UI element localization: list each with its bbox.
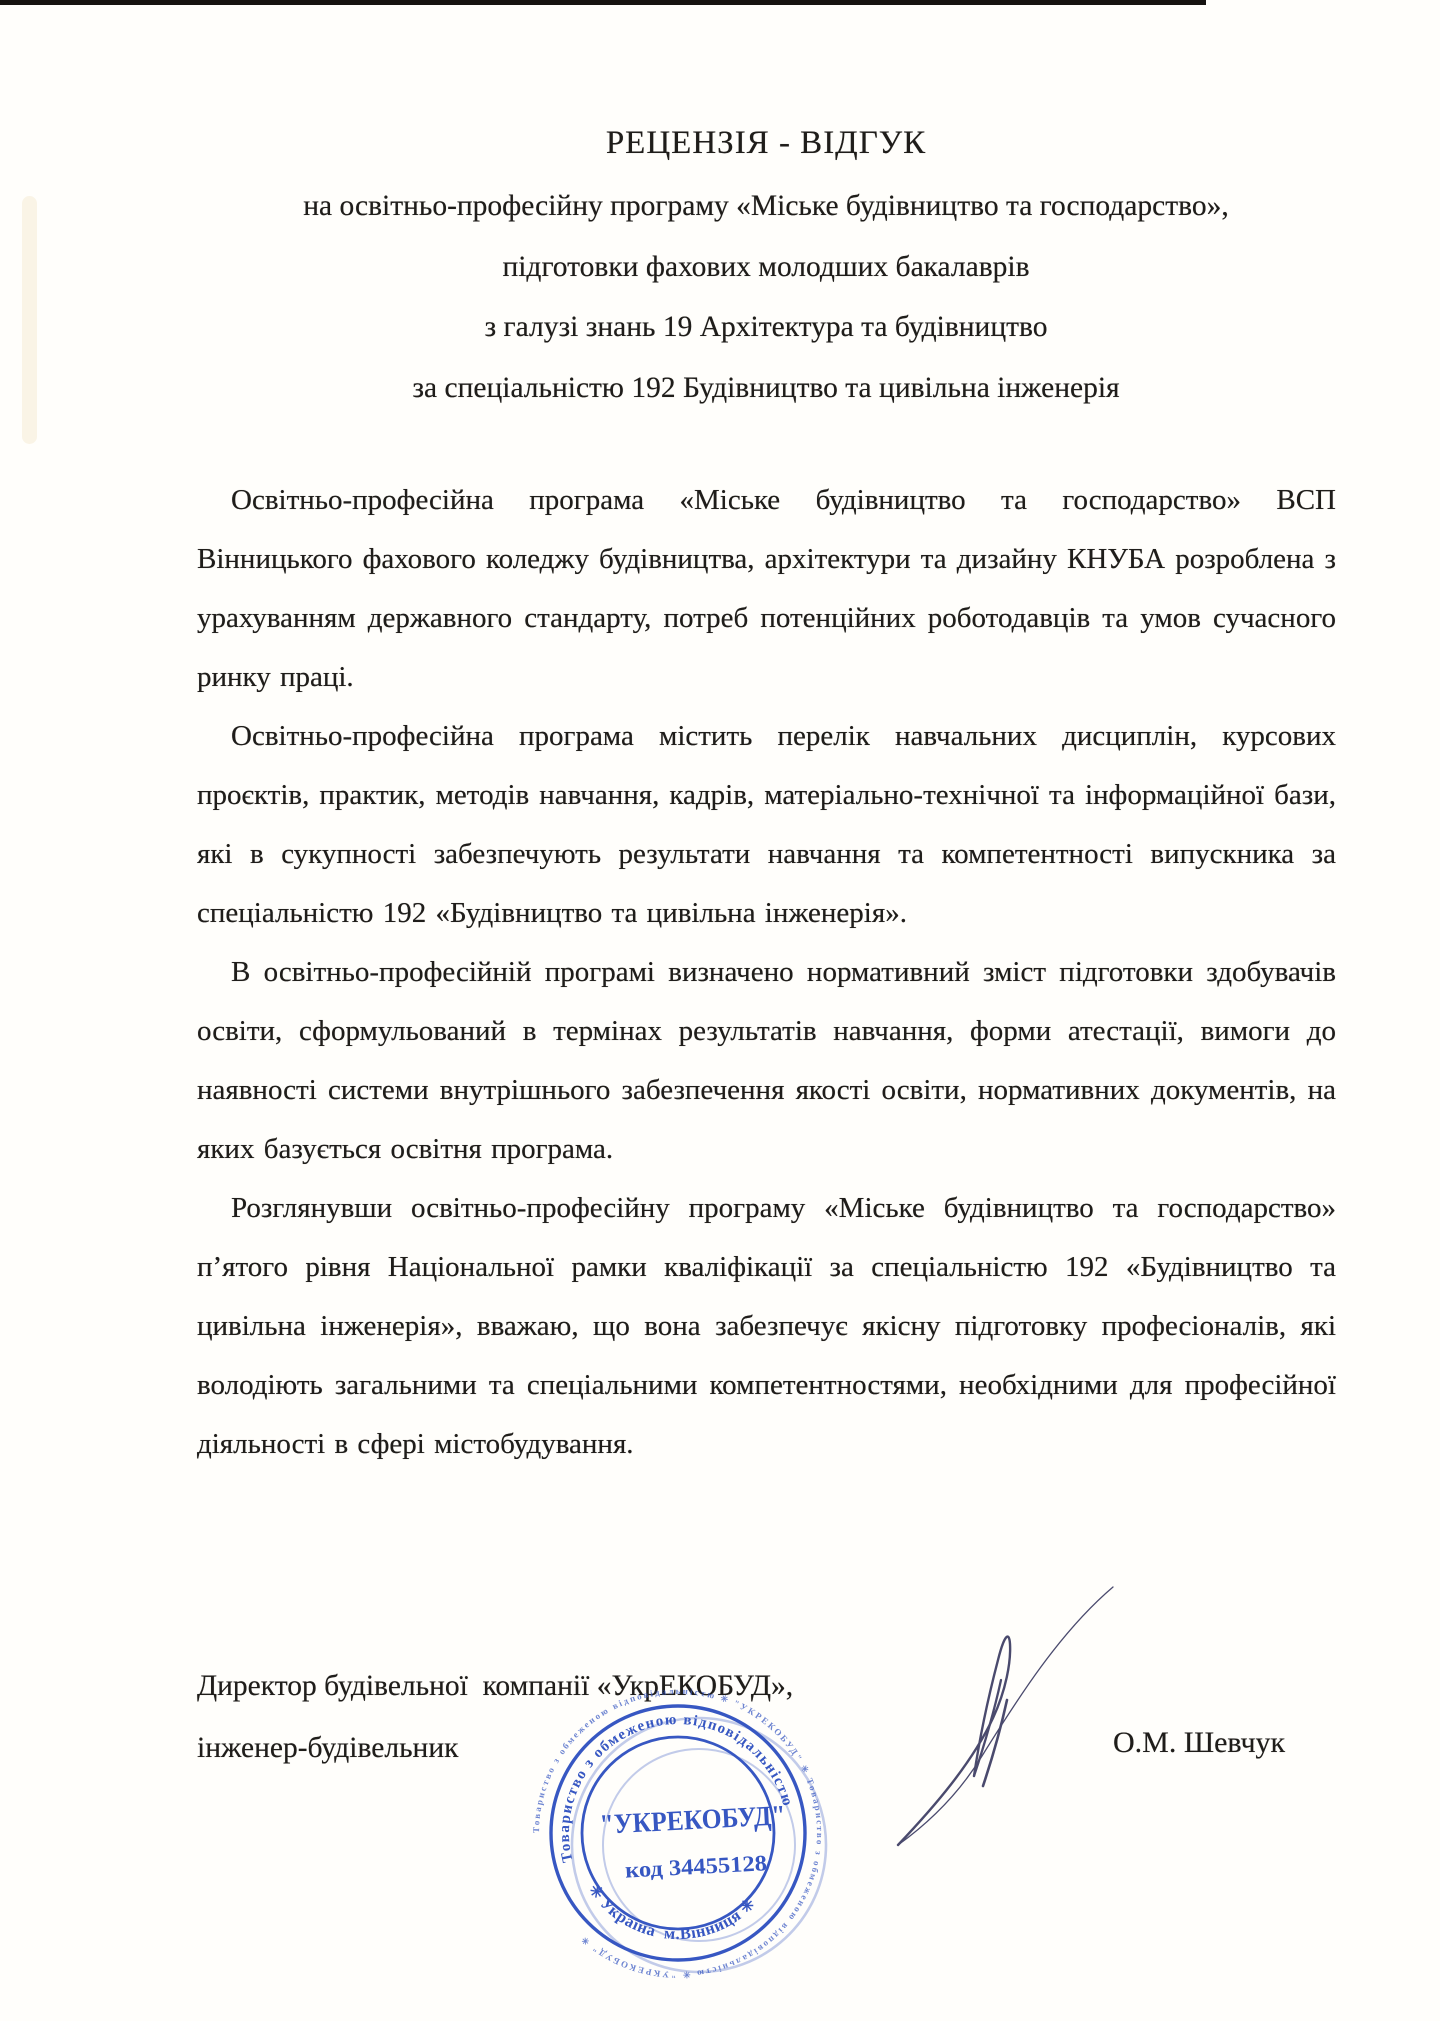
signoff-role-line-2: інженер-будівельник bbox=[197, 1732, 458, 1765]
body-paragraph-1: Освітньо-професійна програма «Міське буд… bbox=[197, 471, 1336, 707]
body-paragraph-2: Освітньо-професійна програма містить пер… bbox=[197, 707, 1336, 943]
scan-artifact-left-streak bbox=[22, 196, 37, 444]
subtitle-line-1: на освітньо-професійну програму «Міське … bbox=[197, 176, 1335, 237]
document-subtitle: на освітньо-професійну програму «Міське … bbox=[197, 176, 1335, 418]
signature-stroke-loop bbox=[898, 1637, 1010, 1845]
document-body: Освітньо-професійна програма «Міське буд… bbox=[197, 471, 1336, 1474]
subtitle-line-4: за спеціальністю 192 Будівництво та циві… bbox=[197, 358, 1335, 419]
document-title: РЕЦЕНЗІЯ - ВІДГУК bbox=[197, 124, 1335, 162]
stamp-company-name: "УКРЕКОБУД" bbox=[599, 1800, 786, 1841]
document-page: РЕЦЕНЗІЯ - ВІДГУК на освітньо-професійну… bbox=[0, 0, 1440, 2021]
stamp-main-impression: Товариство з обмеженою відповідальністю … bbox=[531, 1686, 825, 1980]
body-paragraph-3: В освітньо-професійній програмі визначен… bbox=[197, 943, 1336, 1179]
signee-name: О.М. Шевчук bbox=[1113, 1726, 1285, 1760]
body-paragraph-4: Розглянувши освітньо-професійну програму… bbox=[197, 1179, 1336, 1474]
stamp-company-code: код 34455128 bbox=[624, 1850, 767, 1882]
subtitle-line-3: з галузі знань 19 Архітектура та будівни… bbox=[197, 297, 1335, 358]
handwritten-signature bbox=[880, 1570, 1130, 1860]
signature-stroke-hairline bbox=[898, 1587, 1113, 1845]
subtitle-line-2: підготовки фахових молодших бакалаврів bbox=[197, 237, 1335, 298]
scan-artifact-top-edge bbox=[0, 0, 1206, 5]
company-stamp: Товариство з обмеженою відповідальністю … bbox=[508, 1663, 848, 2003]
